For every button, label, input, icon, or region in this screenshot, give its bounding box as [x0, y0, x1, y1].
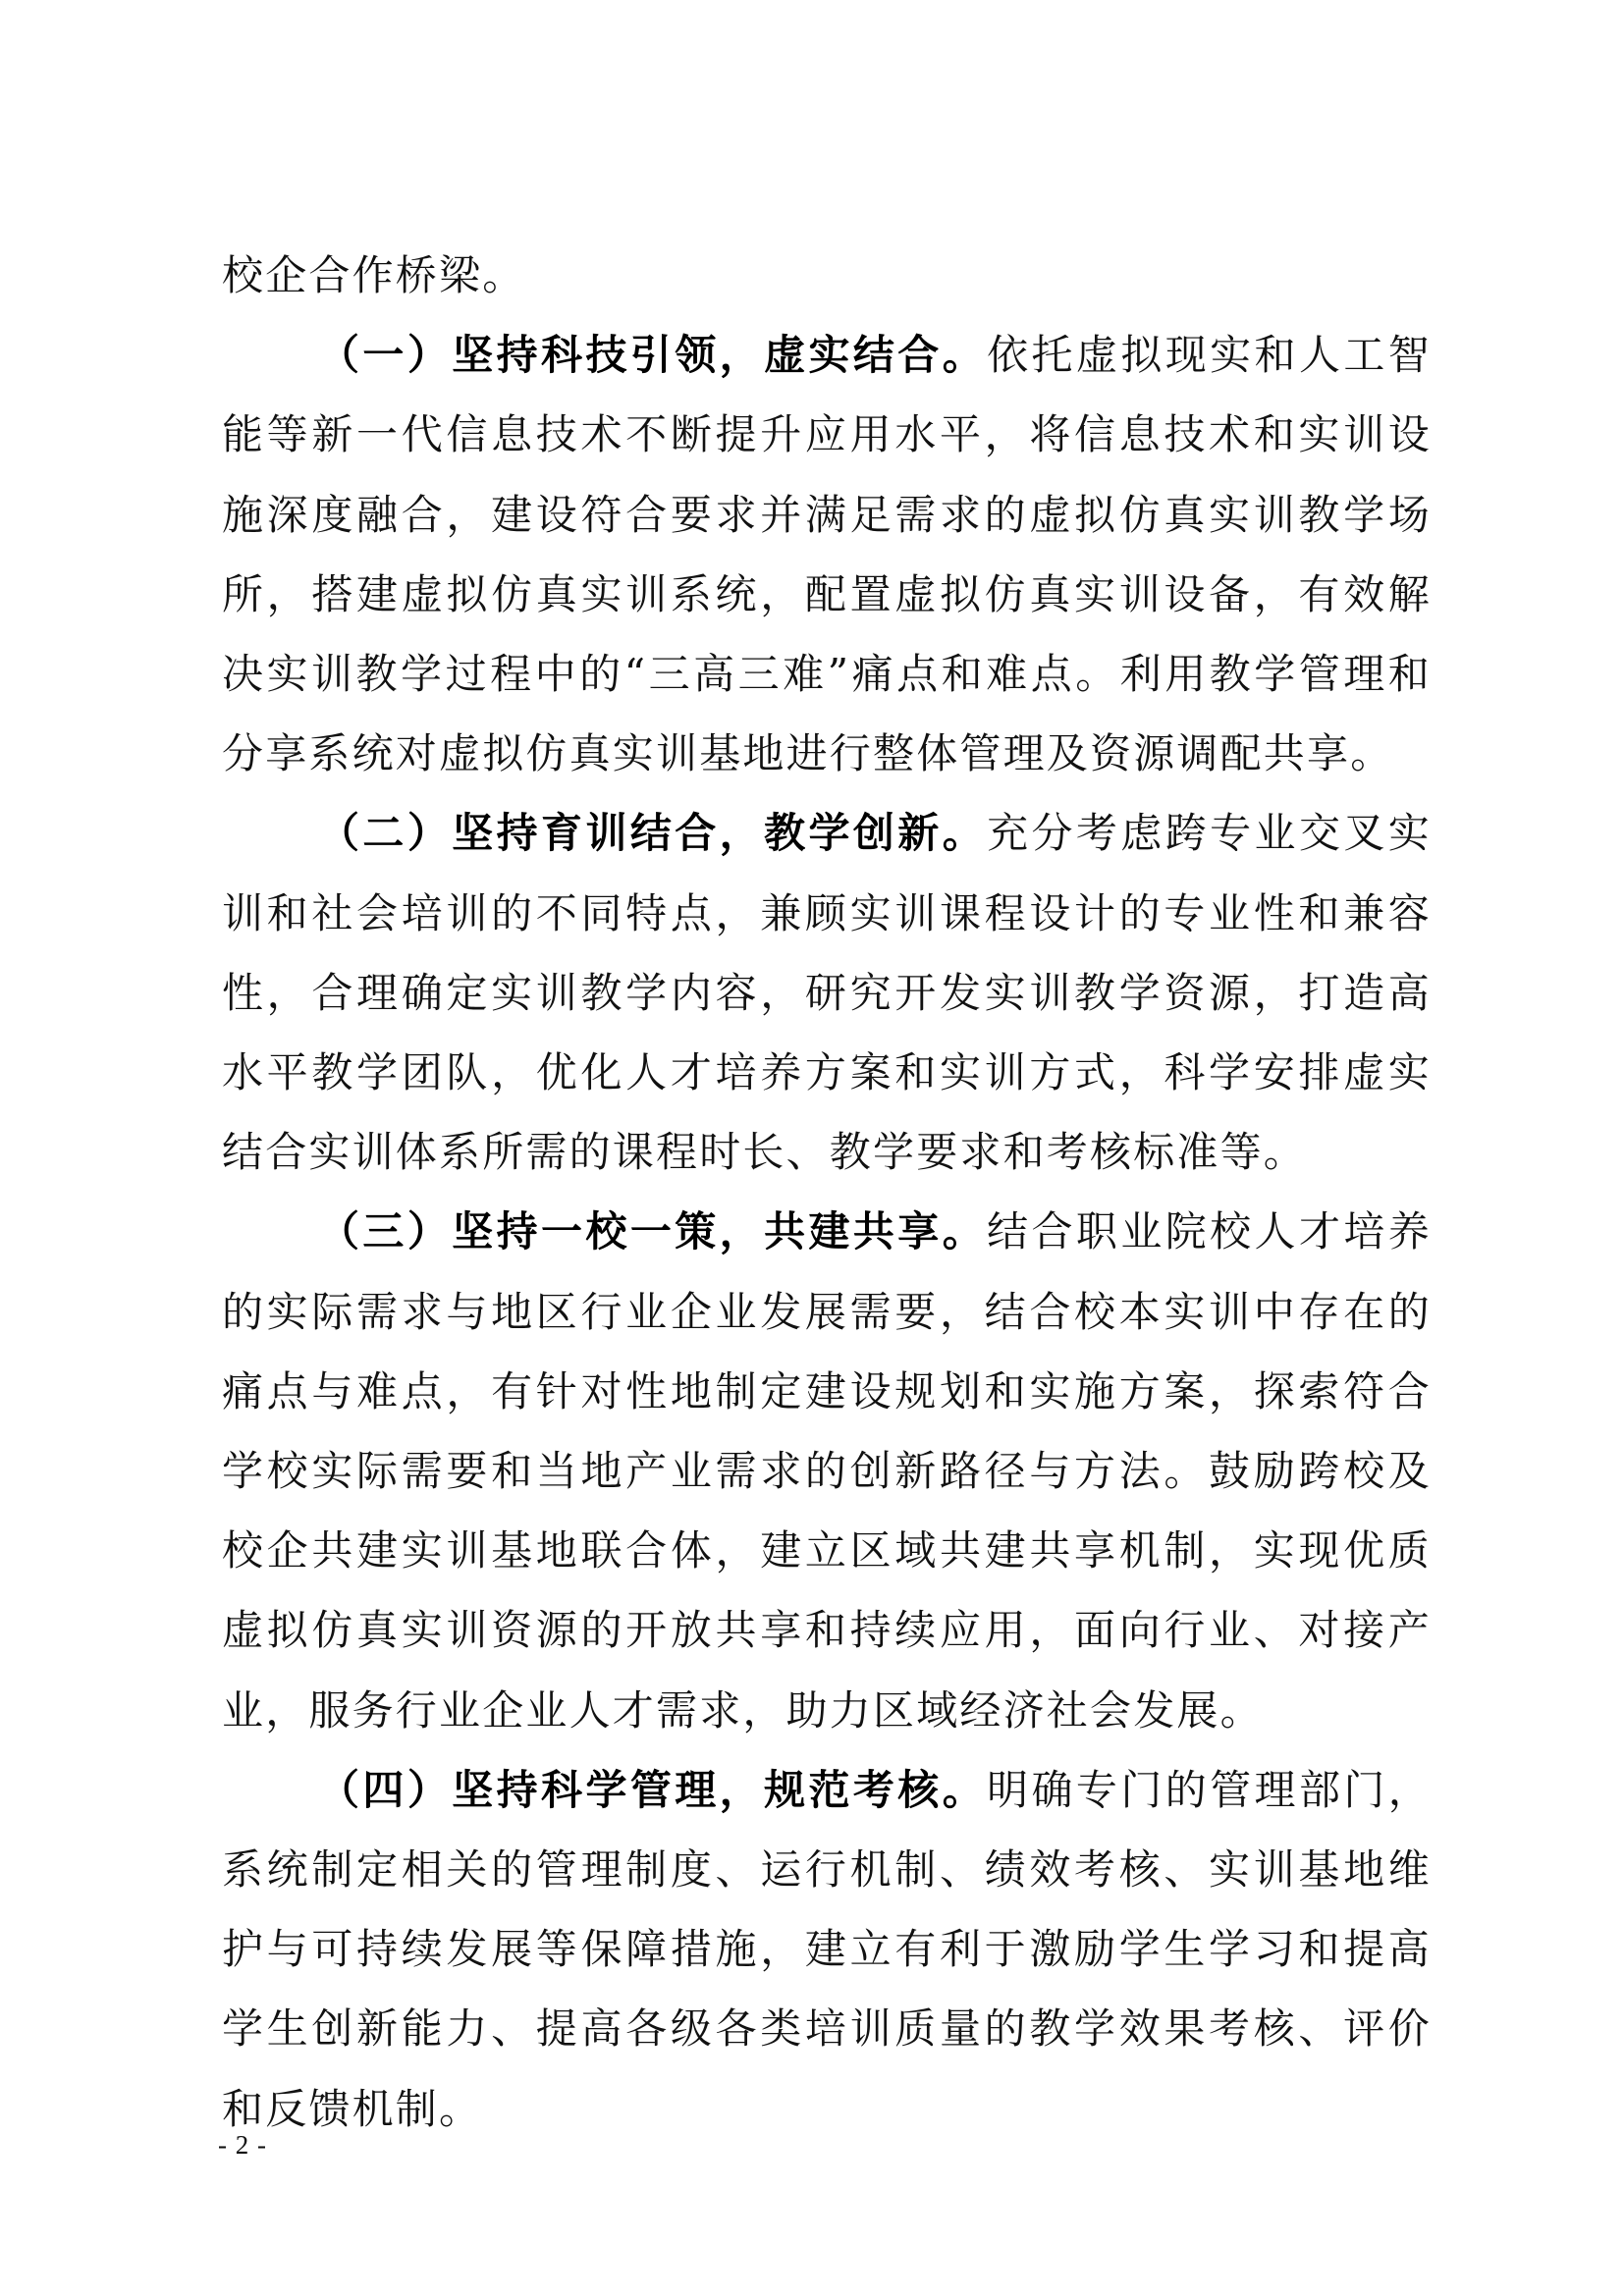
- section-heading-2: （二）坚持育训结合，教学创新。: [318, 809, 987, 857]
- section-heading-1: （一）坚持科技引领，虚实结合。: [318, 331, 987, 379]
- paragraph-text: 依托虚拟现实和人工智能等新一代信息技术不断提升应用水平，将信息技术和实训设施深度…: [222, 331, 1432, 777]
- section-heading-4: （四）坚持科学管理，规范考核。: [318, 1766, 987, 1814]
- document-page: 校企合作桥梁。 （一）坚持科技引领，虚实结合。依托虚拟现实和人工智能等新一代信息…: [0, 0, 1624, 2296]
- paragraph-text: 明确专门的管理部门，系统制定相关的管理制度、运行机制、绩效考核、实训基地维护与可…: [222, 1766, 1432, 2133]
- page-number: - 2 -: [218, 2130, 267, 2161]
- paragraph-text: 校企合作桥梁。: [222, 251, 525, 299]
- paragraph-scientific-management: （四）坚持科学管理，规范考核。明确专门的管理部门，系统制定相关的管理制度、运行机…: [222, 1750, 1432, 2149]
- paragraph-continuation: 校企合作桥梁。: [222, 236, 1432, 315]
- paragraph-tech-leadership: （一）坚持科技引领，虚实结合。依托虚拟现实和人工智能等新一代信息技术不断提升应用…: [222, 315, 1432, 793]
- section-heading-3: （三）坚持一校一策，共建共享。: [318, 1207, 987, 1255]
- paragraph-text: 充分考虑跨专业交叉实训和社会培训的不同特点，兼顾实训课程设计的专业性和兼容性，合…: [222, 809, 1432, 1176]
- paragraph-training-innovation: （二）坚持育训结合，教学创新。充分考虑跨专业交叉实训和社会培训的不同特点，兼顾实…: [222, 793, 1432, 1192]
- paragraph-co-construction: （三）坚持一校一策，共建共享。结合职业院校人才培养的实际需求与地区行业企业发展需…: [222, 1192, 1432, 1749]
- paragraph-text: 结合职业院校人才培养的实际需求与地区行业企业发展需要，结合校本实训中存在的痛点与…: [222, 1207, 1432, 1734]
- document-body: 校企合作桥梁。 （一）坚持科技引领，虚实结合。依托虚拟现实和人工智能等新一代信息…: [222, 236, 1432, 2149]
